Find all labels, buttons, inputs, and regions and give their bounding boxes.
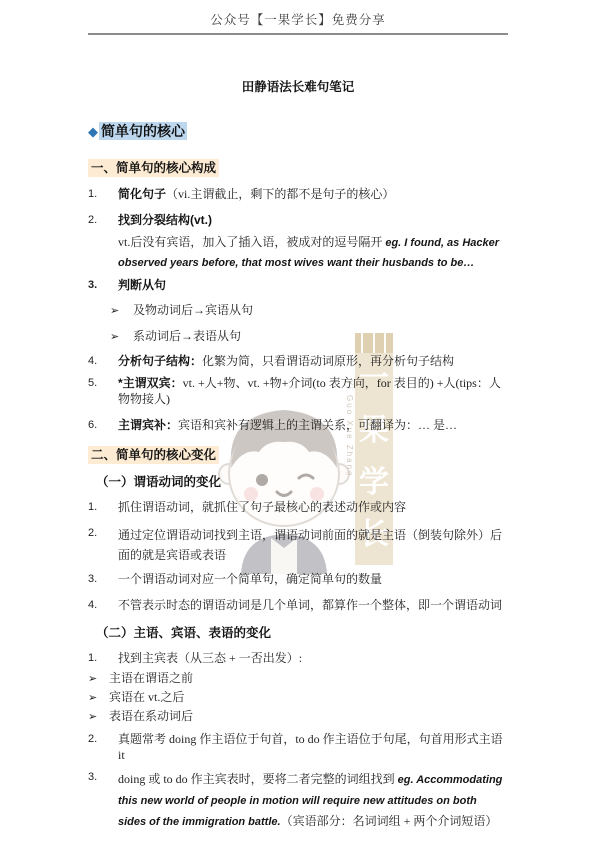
item-text: doing 或 to do 作主宾表时，要将二者完整的词组找到: [118, 772, 398, 786]
explanation-paragraph: vt.后没有宾语，加入了插入语，被成对的逗号隔开 eg. I found, as…: [118, 233, 506, 273]
item-number: 1.: [88, 186, 118, 202]
item-number: 3.: [88, 769, 118, 785]
item-number: 5.: [88, 375, 118, 391]
item-number: 2.: [88, 525, 118, 541]
bullet-text: 系动词后→表语从句: [133, 329, 241, 343]
item-text: （宾语部分：名词词组 + 两个介词短语）: [281, 814, 498, 828]
heading-text: 简单句的核心: [99, 122, 187, 140]
heading-text: 一、简单句的核心构成: [88, 159, 219, 177]
arrowhead-bullet-icon: ➢: [88, 691, 109, 706]
item-number: 3.: [88, 571, 118, 587]
item-text: 抓住谓语动词，就抓住了句子最核心的表述动作或内容: [118, 499, 504, 515]
page-header-slogan: 公众号【一果学长】免费分享: [88, 13, 508, 35]
list-item: 3.判断从句: [88, 277, 508, 293]
arrowhead-bullet-icon: ➢: [110, 329, 133, 345]
heading-text: 二、简单句的核心变化: [88, 446, 219, 464]
arrow-bullet-line: ➢表语在系动词后: [88, 709, 508, 725]
item-number: 4.: [88, 353, 118, 369]
arrowhead-bullet-icon: ➢: [88, 672, 109, 687]
bullet-text: 及物动词后→宾语从句: [133, 303, 253, 317]
item-lead-text: 分析句子结构：: [118, 354, 202, 368]
list-item: 2.真题常考 doing 作主语位于句首，to do 作主语位于句尾，句首用形式…: [88, 731, 508, 763]
arrow-bullet-line: ➢主语在谓语之前: [88, 671, 508, 687]
list-item: 2.通过定位谓语动词找到主语，谓语动词前面的就是主语（倒装句除外）后面的就是宾语…: [88, 525, 508, 565]
subsection-heading-2: 二、简单句的核心变化: [88, 447, 508, 464]
item-number: 6.: [88, 417, 118, 433]
item-number: 1.: [88, 650, 118, 666]
arrow-bullet-line: ➢系动词后→表语从句: [110, 328, 508, 345]
item-text: （vi.主谓截止，剩下的都不是句子的核心）: [166, 187, 394, 201]
list-item: 4.不管表示时态的谓语动词是几个单词，都算作一个整体，即一个谓语动词: [88, 597, 508, 613]
list-item: 3.一个谓语动词对应一个简单句，确定简单句的数量: [88, 571, 508, 587]
item-lead-text: 判断从句: [118, 278, 166, 292]
section-heading-core-of-simple-sentence: ◆简单句的核心: [88, 122, 508, 141]
document-page: Yi Guo Xue Zhang 一 果 学 长 公众号【一果学长】免费分享 田…: [0, 0, 596, 842]
list-item: 4.分析句子结构：化繁为简，只看谓语动词原形，再分析句子结构: [88, 353, 508, 369]
item-text: 不管表示时态的谓语动词是几个单词，都算作一个整体，即一个谓语动词: [118, 597, 504, 613]
item-number: 2.: [88, 212, 118, 228]
list-item: 1.简化句子（vi.主谓截止，剩下的都不是句子的核心）: [88, 186, 508, 202]
list-item: 5.*主谓双宾：vt. +人+物、vt. +物+介词(to 表方向，for 表目…: [88, 375, 508, 407]
item-lead-text: 找到分裂结构(vt.): [118, 213, 212, 227]
list-item: 3.doing 或 to do 作主宾表时，要将二者完整的词组找到 eg. Ac…: [88, 769, 508, 832]
item-number: 2.: [88, 731, 118, 747]
item-lead-text: 主谓宾补：: [118, 418, 178, 432]
list-item: 1.抓住谓语动词，就抓住了句子最核心的表述动作或内容: [88, 499, 508, 515]
sub-subsection-heading: （二）主语、宾语、表语的变化: [96, 625, 508, 642]
item-lead-text: *主谓双宾：: [118, 376, 183, 390]
diamond-bullet-icon: ◆: [88, 124, 98, 139]
arrowhead-bullet-icon: ➢: [88, 710, 109, 725]
bullet-text: 主语在谓语之前: [109, 671, 193, 685]
arrow-bullet-line: ➢及物动词后→宾语从句: [110, 302, 508, 319]
paragraph-text: vt.后没有宾语，加入了插入语，被成对的逗号隔开: [118, 235, 385, 249]
bullet-text: 表语在系动词后: [109, 709, 193, 723]
list-item: 1.找到主宾表（从三态 + 一否出发）:: [88, 650, 508, 666]
item-text: 真题常考 doing 作主语位于句首，to do 作主语位于句尾，句首用形式主语…: [118, 731, 504, 763]
item-text: 宾语和宾补有逻辑上的主谓关系，可翻译为：… 是…: [178, 418, 457, 432]
subsection-heading-1: 一、简单句的核心构成: [88, 160, 508, 177]
arrow-bullet-line: ➢宾语在 vt.之后: [88, 690, 508, 706]
bullet-text: 宾语在 vt.之后: [109, 690, 184, 704]
item-text: 通过定位谓语动词找到主语，谓语动词前面的就是主语（倒装句除外）后面的就是宾语或表…: [118, 525, 504, 565]
sub-subsection-heading: （一）谓语动词的变化: [96, 474, 508, 491]
item-text: 化繁为简，只看谓语动词原形，再分析句子结构: [202, 354, 454, 368]
arrowhead-bullet-icon: ➢: [110, 303, 133, 319]
item-number: 4.: [88, 597, 118, 613]
item-number: 1.: [88, 499, 118, 515]
document-body: ◆简单句的核心 一、简单句的核心构成 1.简化句子（vi.主谓截止，剩下的都不是…: [0, 122, 596, 832]
item-text: 一个谓语动词对应一个简单句，确定简单句的数量: [118, 571, 504, 587]
item-number: 3.: [88, 277, 118, 293]
item-text: 找到主宾表（从三态 + 一否出发）:: [118, 650, 504, 666]
list-item: 2.找到分裂结构(vt.): [88, 212, 508, 228]
list-item: 6.主谓宾补：宾语和宾补有逻辑上的主谓关系，可翻译为：… 是…: [88, 417, 508, 433]
item-lead-text: 简化句子: [118, 187, 166, 201]
document-title: 田静语法长难句笔记: [0, 79, 596, 96]
